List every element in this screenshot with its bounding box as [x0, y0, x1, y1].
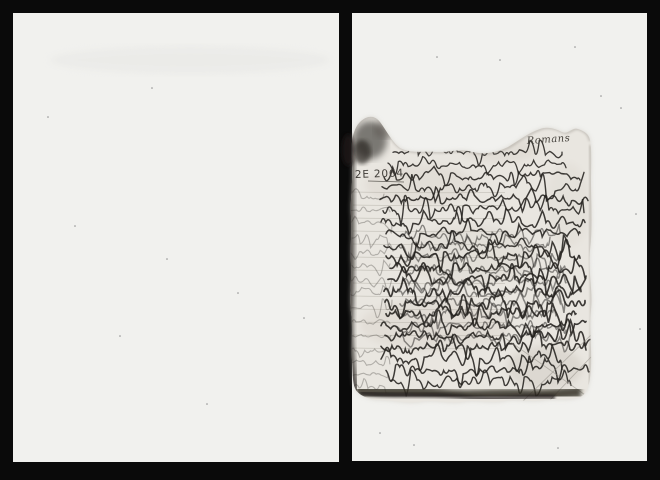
dust-speck — [237, 292, 239, 294]
dust-speck — [635, 213, 637, 215]
dust-speck — [379, 432, 381, 434]
dust-speck — [620, 107, 622, 109]
manuscript-leaf: Romans 2E 2064 — [342, 117, 592, 403]
left-page — [13, 13, 339, 462]
left-page-smudge — [50, 46, 330, 74]
dust-speck — [499, 59, 501, 61]
dust-speck — [600, 95, 602, 97]
dust-speck — [639, 328, 641, 330]
dust-speck — [151, 87, 153, 89]
dust-speck — [574, 46, 576, 48]
gutter-overlap — [342, 134, 354, 166]
dust-speck — [436, 56, 438, 58]
dust-speck — [166, 258, 168, 260]
archival-stamp: 2E 2064 — [355, 167, 404, 181]
dust-speck — [74, 225, 76, 227]
dust-speck — [557, 447, 559, 449]
scan-image: Romans 2E 2064 — [0, 0, 660, 480]
dust-speck — [413, 444, 415, 446]
dust-speck — [47, 116, 49, 118]
dust-speck — [119, 335, 121, 337]
dust-speck — [206, 403, 208, 405]
dust-speck — [303, 317, 305, 319]
microfilm-scan-viewer: Romans 2E 2064 — [0, 0, 660, 480]
